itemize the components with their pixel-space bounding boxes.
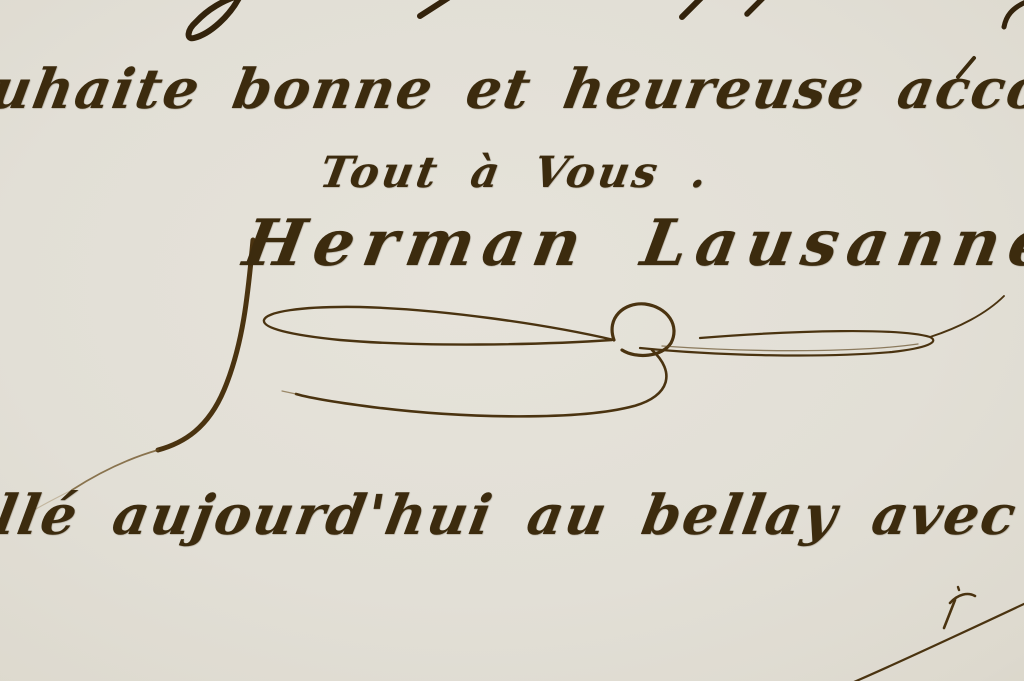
top-descender-stroke-3 (682, 0, 701, 17)
paraph-left-loop (264, 307, 614, 345)
paraph-underswoop (296, 350, 666, 416)
manuscript-page: uhaite bonne et heureuse accompagnée d T… (0, 0, 1024, 681)
bottom-right-long-stroke (854, 603, 1024, 681)
signature: Herman Lausanne (238, 206, 1024, 281)
top-descender-stroke-4 (747, 0, 763, 14)
paraph-right-loop (640, 331, 933, 355)
top-descender-stroke-2 (420, 0, 448, 16)
top-descender-stroke-5 (1004, 2, 1024, 27)
handwritten-closing-line: Tout à Vous . (316, 148, 714, 198)
paraph-right-loop-inner (662, 344, 918, 351)
bottom-right-tick-dot (958, 587, 959, 590)
handwritten-line-2: llé aujourd'hui au bellay avec Lausan (0, 482, 1024, 547)
top-descender-loop-stroke (189, 0, 240, 38)
paraph-underswoop-hairline (282, 391, 296, 394)
handwritten-line-1: uhaite bonne et heureuse accompagnée d (0, 56, 1024, 121)
paraph-rising-tail (930, 296, 1004, 337)
